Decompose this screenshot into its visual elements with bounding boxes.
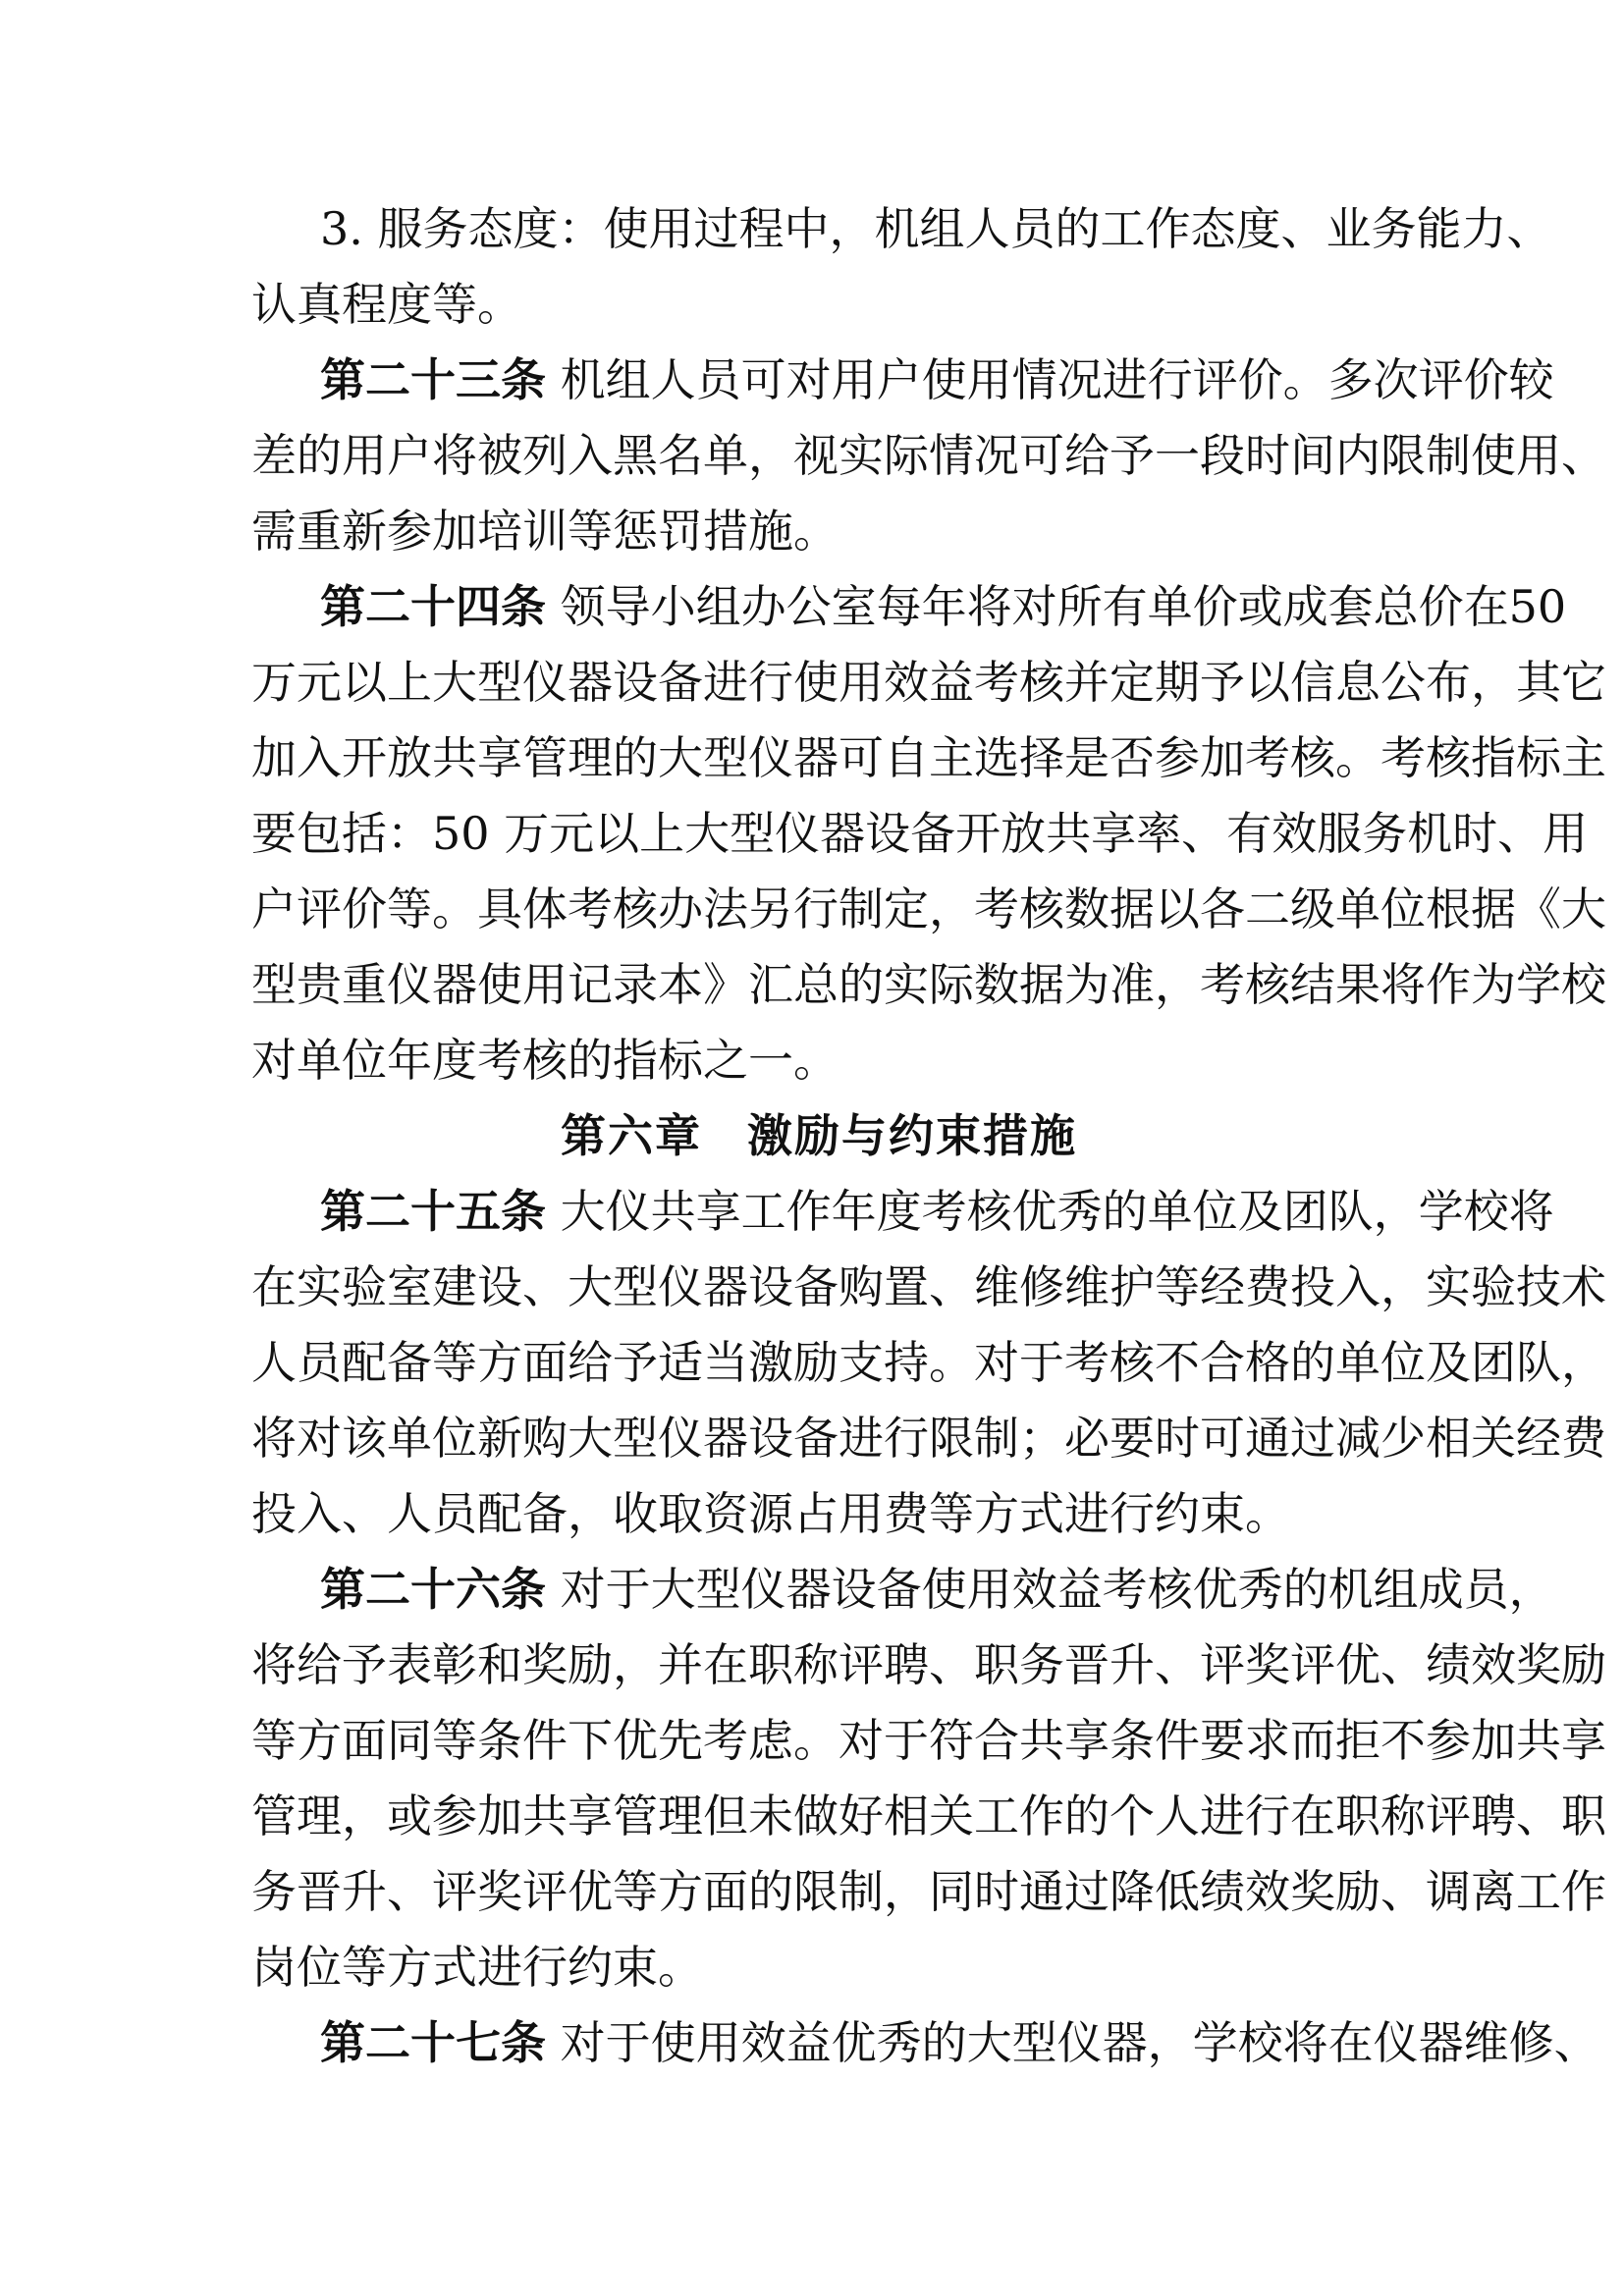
article-23: 第二十三条 机组人员可对用户使用情况进行评价。多次评价较 差的用户将被列入黑名单… — [251, 343, 1386, 569]
text-line: 3. 服务态度：使用过程中，机组人员的工作态度、业务能力、 — [251, 191, 1386, 267]
text-line: 人员配备等方面给予适当激励支持。对于考核不合格的单位及团队， — [251, 1325, 1386, 1401]
text-line: 万元以上大型仪器设备进行使用效益考核并定期予以信息公布，其它 — [251, 645, 1386, 721]
chapter-title: 激励与约束措施 — [747, 1109, 1077, 1162]
article-26: 第二十六条 对于大型仪器设备使用效益考核优秀的机组成员， 将给予表彰和奖励，并在… — [251, 1552, 1386, 2005]
document-page: 3. 服务态度：使用过程中，机组人员的工作态度、业务能力、 认真程度等。 第二十… — [251, 191, 1386, 2081]
text-line: 将对该单位新购大型仪器设备进行限制；必要时可通过减少相关经费 — [251, 1401, 1386, 1476]
text-line: 将给予表彰和奖励，并在职称评聘、职务晋升、评奖评优、绩效奖励 — [251, 1628, 1386, 1703]
text-line: 户评价等。具体考核办法另行制定，考核数据以各二级单位根据《大 — [251, 872, 1386, 947]
text-fragment: 大仪共享工作年度考核优秀的单位及团队，学校将 — [546, 1185, 1554, 1238]
text-fragment: 对于大型仪器设备使用效益考核优秀的机组成员， — [546, 1563, 1554, 1616]
text-line: 需重新参加培训等惩罚措施。 — [251, 494, 1386, 569]
article-25: 第二十五条 大仪共享工作年度考核优秀的单位及团队，学校将 在实验室建设、大型仪器… — [251, 1174, 1386, 1552]
text-fragment: 机组人员可对用户使用情况进行评价。多次评价较 — [546, 353, 1554, 406]
text-fragment: 领导小组办公室每年将对所有单价或成套总价在50 — [546, 580, 1566, 633]
article-27: 第二十七条 对于使用效益优秀的大型仪器，学校将在仪器维修、 — [251, 2005, 1386, 2081]
article-24: 第二十四条 领导小组办公室每年将对所有单价或成套总价在50 万元以上大型仪器设备… — [251, 569, 1386, 1098]
article-first-line: 第二十四条 领导小组办公室每年将对所有单价或成套总价在50 — [251, 569, 1386, 645]
text-line: 管理，或参加共享管理但未做好相关工作的个人进行在职称评聘、职 — [251, 1779, 1386, 1854]
chapter-number: 第六章 — [561, 1109, 702, 1162]
article-label: 第二十五条 — [320, 1185, 546, 1238]
text-line: 认真程度等。 — [251, 267, 1386, 343]
chapter-heading: 第六章激励与约束措施 — [251, 1098, 1386, 1174]
text-line: 在实验室建设、大型仪器设备购置、维修维护等经费投入，实验技术 — [251, 1250, 1386, 1325]
text-line: 等方面同等条件下优先考虑。对于符合共享条件要求而拒不参加共享 — [251, 1703, 1386, 1779]
text-fragment: 对于使用效益优秀的大型仪器，学校将在仪器维修、 — [546, 2016, 1599, 2069]
text-line: 务晋升、评奖评优等方面的限制，同时通过降低绩效奖励、调离工作 — [251, 1854, 1386, 1930]
article-first-line: 第二十七条 对于使用效益优秀的大型仪器，学校将在仪器维修、 — [251, 2005, 1386, 2081]
text-line: 投入、人员配备，收取资源占用费等方式进行约束。 — [251, 1476, 1386, 1552]
article-first-line: 第二十六条 对于大型仪器设备使用效益考核优秀的机组成员， — [251, 1552, 1386, 1628]
article-label: 第二十四条 — [320, 580, 546, 633]
text-line: 加入开放共享管理的大型仪器可自主选择是否参加考核。考核指标主 — [251, 721, 1386, 796]
item-3-service-attitude: 3. 服务态度：使用过程中，机组人员的工作态度、业务能力、 认真程度等。 — [251, 191, 1386, 343]
text-line: 型贵重仪器使用记录本》汇总的实际数据为准，考核结果将作为学校 — [251, 947, 1386, 1023]
text-line: 对单位年度考核的指标之一。 — [251, 1023, 1386, 1098]
article-first-line: 第二十三条 机组人员可对用户使用情况进行评价。多次评价较 — [251, 343, 1386, 418]
article-first-line: 第二十五条 大仪共享工作年度考核优秀的单位及团队，学校将 — [251, 1174, 1386, 1250]
text-line: 差的用户将被列入黑名单，视实际情况可给予一段时间内限制使用、 — [251, 418, 1386, 494]
article-label: 第二十三条 — [320, 353, 546, 406]
text-line: 要包括：50 万元以上大型仪器设备开放共享率、有效服务机时、用 — [251, 796, 1386, 872]
article-label: 第二十六条 — [320, 1563, 546, 1616]
text-line: 岗位等方式进行约束。 — [251, 1930, 1386, 2005]
article-label: 第二十七条 — [320, 2016, 546, 2069]
